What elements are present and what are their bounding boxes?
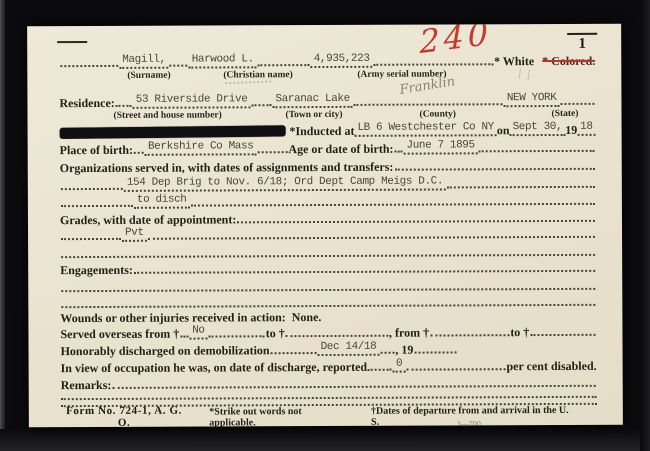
dotted-line (414, 350, 456, 353)
residence-label: Residence: (59, 96, 114, 110)
pencil-scribble (225, 80, 271, 84)
colored-label-struck: * Colored. (542, 54, 595, 68)
engagements-label: Engagements: (60, 263, 133, 277)
county-caption: (County) (419, 109, 455, 119)
form-footer: Form No. 724-1, A. G. O. Nov. 22, 1919. … (61, 403, 597, 427)
dotted-line (479, 149, 595, 153)
dotted-line (257, 150, 287, 153)
overseas-to1-label: to † (266, 326, 285, 340)
town-value: Saranac Lake (272, 93, 352, 108)
dotted-line (209, 334, 265, 337)
dotted-line (112, 384, 595, 389)
organizations-value-1: 154 Dep Brig to Nov. 6/18; Ord Dept Camp… (124, 175, 446, 191)
street-caption: (Street and house number) (113, 110, 221, 120)
induction-row: *Inducted at LB 6 Westchester Co NY on S… (60, 121, 596, 139)
matte-edge (0, 0, 5, 451)
state-value: NEW YORK (504, 92, 560, 107)
overseas-row: Served overseas from † No to † , from † … (60, 323, 596, 341)
overseas-value: No (189, 325, 207, 340)
page-number-overline (567, 33, 597, 35)
page-number: 1 (565, 33, 599, 53)
dotted-line (134, 269, 595, 274)
organizations-row: Organizations served in, with dates of a… (60, 157, 596, 175)
dotted-line (447, 185, 595, 189)
disability-value: 0 (393, 358, 405, 373)
christian-name-caption: (Christian name) (223, 70, 292, 80)
dotted-line (61, 187, 123, 190)
remarks-row: Remarks: (61, 374, 597, 392)
organizations-line1: 154 Dep Brig to Nov. 6/18; Ord Dept Camp… (60, 175, 596, 193)
dotted-line (251, 103, 271, 106)
dotted-line (394, 167, 594, 171)
form-number: Form No. 724-1, A. G. O. (61, 405, 188, 428)
print-code: 3—700 (457, 419, 481, 427)
dotted-line (354, 102, 503, 106)
dotted-line (61, 237, 121, 240)
year-printed: 19 (565, 123, 577, 137)
dotted-line (191, 202, 595, 207)
discharge-row: Honorably discharged on demobilization D… (61, 340, 597, 358)
surname-value: Magill, (119, 54, 168, 69)
organizations-line2: to disch (60, 192, 596, 210)
name-row: Magill, Harwood L. 4,935,223 * White * C… (59, 52, 595, 70)
induction-place-value: LB 6 Westchester Co NY (354, 121, 497, 137)
dotted-line (148, 235, 595, 240)
engagements-row: Engagements: (60, 259, 596, 277)
disability-row: In view of occupation he was, on date of… (61, 357, 597, 375)
dotted-line (61, 287, 595, 292)
serial-number-value: 4,935,223 (311, 53, 373, 68)
surname-caption: (Surname) (127, 71, 170, 81)
dotted-line (134, 151, 144, 154)
dotted-line (380, 351, 394, 354)
remarks-label: Remarks: (61, 378, 112, 392)
birth-label: Place of birth: (60, 143, 133, 157)
state-caption: (State) (551, 109, 578, 119)
discharge-date-value: Dec 14/18 (318, 341, 380, 356)
overseas-from2-label: , from † (389, 326, 429, 340)
discharge-year-label: , 19 (395, 343, 413, 357)
grade-value: Pvt (122, 227, 147, 242)
dotted-line (61, 204, 133, 207)
dotted-line (560, 102, 594, 105)
matte-shadow-right (640, 0, 650, 451)
overseas-to2-label: to † (510, 325, 529, 339)
christian-name-value: Harwood L. (189, 53, 257, 68)
dotted-line (116, 104, 132, 107)
dotted-line (430, 333, 509, 336)
dotted-line (237, 219, 595, 224)
organizations-value-2: to disch (134, 194, 190, 209)
record-card: 240 1 Magill, Harwood L. 4,935,223 * Whi… (27, 24, 623, 428)
matte-shadow-bottom (0, 429, 650, 451)
year-typed-value: 18 (577, 121, 595, 136)
wounds-label: Wounds or other injuries received in act… (60, 310, 285, 325)
grades-label: Grades, with date of appointment: (60, 212, 236, 227)
disability-suffix-label: per cent disabled. (506, 359, 596, 373)
form-identifier: Form No. 724-1, A. G. O. Nov. 22, 1919. (61, 405, 188, 428)
dotted-line (286, 334, 388, 337)
age-label: Age or date of birth: (288, 142, 393, 156)
scanned-service-record: 240 1 Magill, Harwood L. 4,935,223 * Whi… (0, 0, 650, 451)
residence-row: Residence: 53 Riverside Drive Saranac La… (59, 92, 595, 110)
white-label: * White (494, 54, 534, 68)
dotted-line (374, 62, 494, 66)
dotted-line (60, 64, 118, 67)
birth-date-value: June 7 1895 (403, 139, 477, 154)
discharge-label: Honorably discharged on demobilization (61, 343, 270, 358)
birth-place-value: Berkshire Co Mass (145, 140, 256, 155)
top-left-dash (57, 41, 87, 43)
dotted-line (406, 367, 505, 370)
pencil-mark (519, 69, 530, 80)
overseas-label: Served overseas from † (60, 327, 179, 342)
dotted-line (271, 351, 317, 354)
dotted-line (368, 368, 392, 371)
street-value: 53 Riverside Drive (133, 93, 251, 109)
dotted-line (258, 63, 310, 66)
dotted-line (170, 64, 188, 67)
on-label: on (497, 123, 510, 137)
inducted-label: *Inducted at (289, 124, 354, 138)
birth-row: Place of birth: Berkshire Co Mass Age or… (60, 139, 596, 157)
wounds-value: None. (292, 310, 322, 324)
dotted-line (530, 333, 595, 336)
grades-value-row: Pvt (60, 225, 596, 243)
organizations-label: Organizations served in, with dates of a… (60, 160, 394, 175)
dotted-line (61, 253, 595, 258)
dotted-line (180, 335, 188, 338)
redaction-bar (60, 125, 286, 139)
dotted-line (394, 150, 402, 153)
strike-note: *Strike out words not applicable. (209, 404, 345, 427)
induction-date-value: Sept 30, (510, 121, 566, 136)
disability-label: In view of occupation he was, on date of… (61, 360, 367, 375)
town-caption: (Town or city) (285, 110, 342, 120)
